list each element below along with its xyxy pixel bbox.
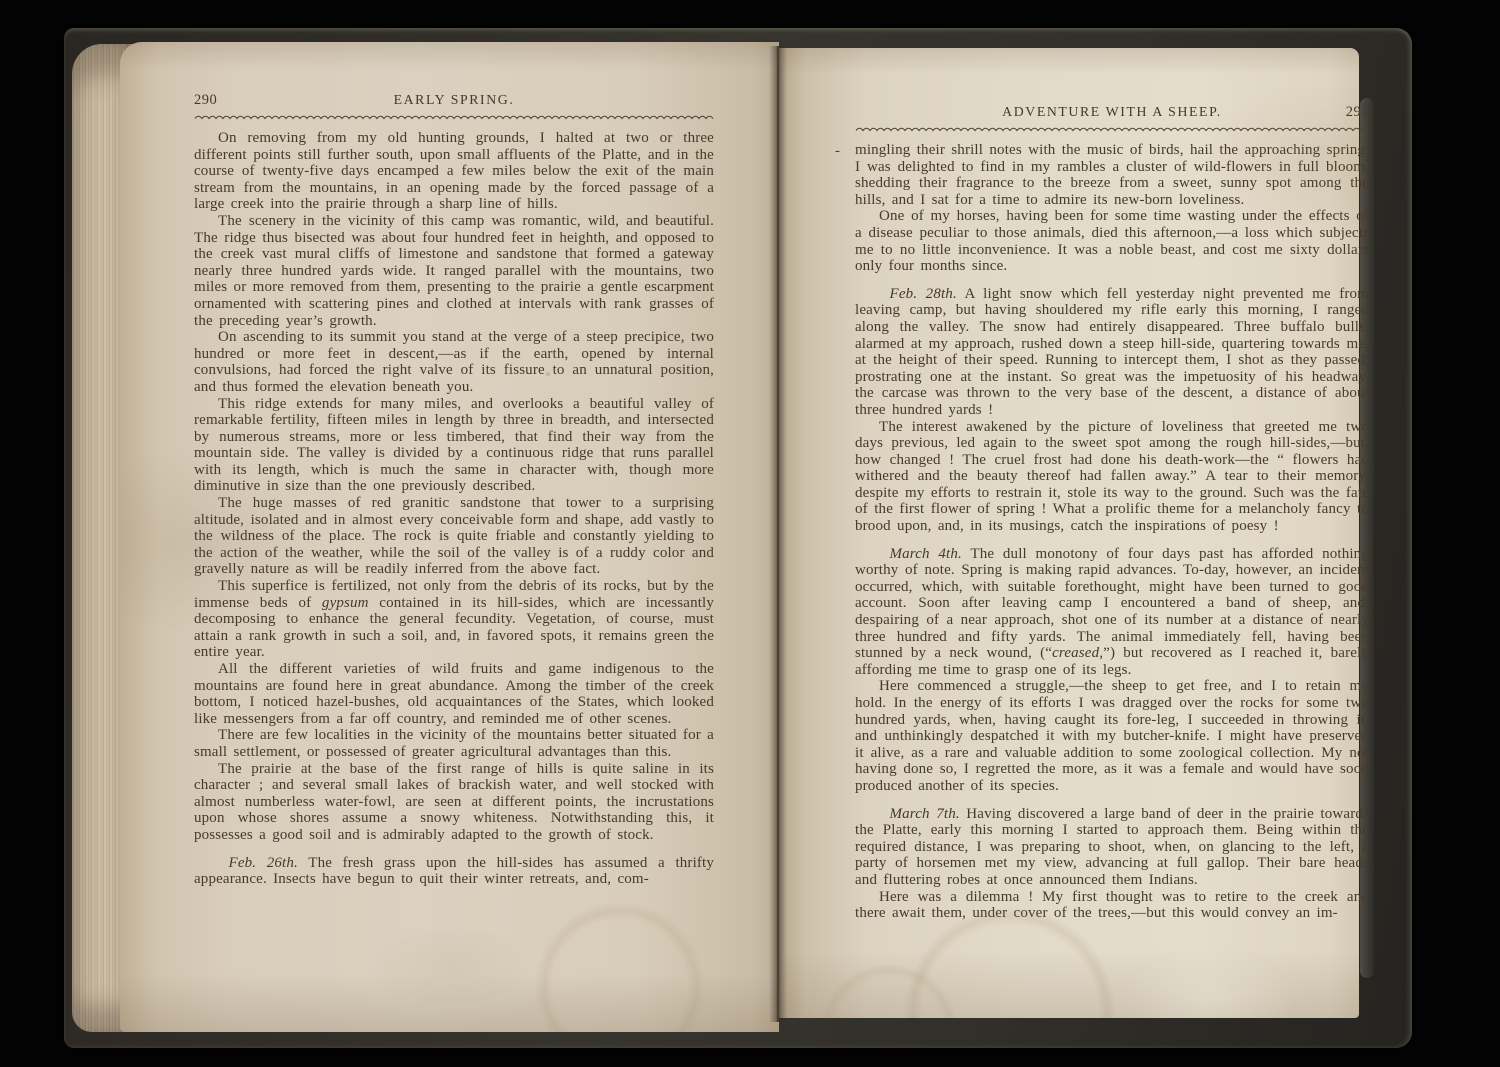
- text-run: Here commenced a struggle,—the sheep to …: [855, 678, 1369, 794]
- text-run: There are few localities in the vicinity…: [194, 727, 714, 760]
- paragraph: March 7th. Having discovered a large ban…: [855, 806, 1369, 889]
- paragraph: March 4th. The dull monotony of four day…: [855, 546, 1369, 679]
- wavy-rule: [194, 114, 714, 121]
- text-run: On ascending to its summit you stand at …: [194, 329, 714, 395]
- text-run: The huge masses of red granitic sandston…: [194, 495, 714, 577]
- paragraph: mingling their shrill notes with the mus…: [855, 142, 1369, 208]
- text-run: One of my horses, having been for some t…: [855, 208, 1369, 274]
- left-body-text: On removing from my old hunting grounds,…: [194, 130, 714, 888]
- text-run: mingling their shrill notes with the mus…: [855, 142, 1369, 208]
- page-right-text: ADVENTURE WITH A SHEEP. 291 - mingling t…: [855, 104, 1369, 922]
- paragraph: There are few localities in the vicinity…: [194, 727, 714, 760]
- text-run: A light snow which fell yesterday night …: [855, 286, 1369, 418]
- italic-run: creased,: [1052, 645, 1103, 661]
- text-run: On removing from my old hunting grounds,…: [194, 130, 714, 212]
- right-running-head: ADVENTURE WITH A SHEEP. 291: [855, 104, 1369, 121]
- text-run: The interest awakened by the picture of …: [855, 419, 1369, 535]
- left-running-head: 290 EARLY SPRING.: [194, 92, 714, 109]
- paragraph: All the different varieties of wild frui…: [194, 661, 714, 727]
- text-run: The scenery in the vicinity of this camp…: [194, 213, 714, 329]
- paragraph: Feb. 26th. The fresh grass upon the hill…: [194, 855, 714, 888]
- italic-run: March 7th.: [890, 806, 960, 822]
- wavy-rule: [855, 126, 1369, 133]
- margin-mark: -: [835, 143, 840, 160]
- text-run: The dull monotony of four days past has …: [855, 546, 1369, 662]
- paragraph: The scenery in the vicinity of this camp…: [194, 213, 714, 329]
- paragraph: Here was a dilemma ! My first thought wa…: [855, 889, 1369, 922]
- right-running-title: ADVENTURE WITH A SHEEP.: [901, 104, 1322, 120]
- italic-run: Feb. 26th.: [229, 855, 298, 871]
- left-page-number: 290: [194, 92, 240, 109]
- page-left: 290 EARLY SPRING. On removing from my ol…: [120, 42, 779, 1032]
- paragraph: The prairie at the base of the first ran…: [194, 761, 714, 844]
- paragraph: Here commenced a struggle,—the sheep to …: [855, 678, 1369, 794]
- page-left-text: 290 EARLY SPRING. On removing from my ol…: [194, 92, 714, 888]
- paragraph: On removing from my old hunting grounds,…: [194, 130, 714, 213]
- text-run: Here was a dilemma ! My first thought wa…: [855, 889, 1369, 922]
- paragraph: This ridge extends for many miles, and o…: [194, 396, 714, 496]
- left-running-title: EARLY SPRING.: [240, 92, 667, 108]
- right-page-number: 291: [1323, 104, 1369, 121]
- right-body-text: - mingling their shrill notes with the m…: [855, 142, 1369, 922]
- paragraph: On ascending to its summit you stand at …: [194, 329, 714, 395]
- book-scan-scene: 290 EARLY SPRING. On removing from my ol…: [0, 0, 1500, 1067]
- italic-run: gypsum: [322, 595, 369, 611]
- paragraph: The interest awakened by the picture of …: [855, 419, 1369, 535]
- page-right: ADVENTURE WITH A SHEEP. 291 - mingling t…: [779, 48, 1359, 1018]
- paragraph: This superfice is fertilized, not only f…: [194, 578, 714, 661]
- text-run: This ridge extends for many miles, and o…: [194, 396, 714, 495]
- paragraph: The huge masses of red granitic sandston…: [194, 495, 714, 578]
- paragraph: Feb. 28th. A light snow which fell yeste…: [855, 286, 1369, 419]
- text-run: All the different varieties of wild frui…: [194, 661, 714, 727]
- text-run: The prairie at the base of the first ran…: [194, 761, 714, 843]
- italic-run: March 4th.: [890, 546, 962, 562]
- paragraph: One of my horses, having been for some t…: [855, 208, 1369, 274]
- italic-run: Feb. 28th.: [890, 286, 957, 302]
